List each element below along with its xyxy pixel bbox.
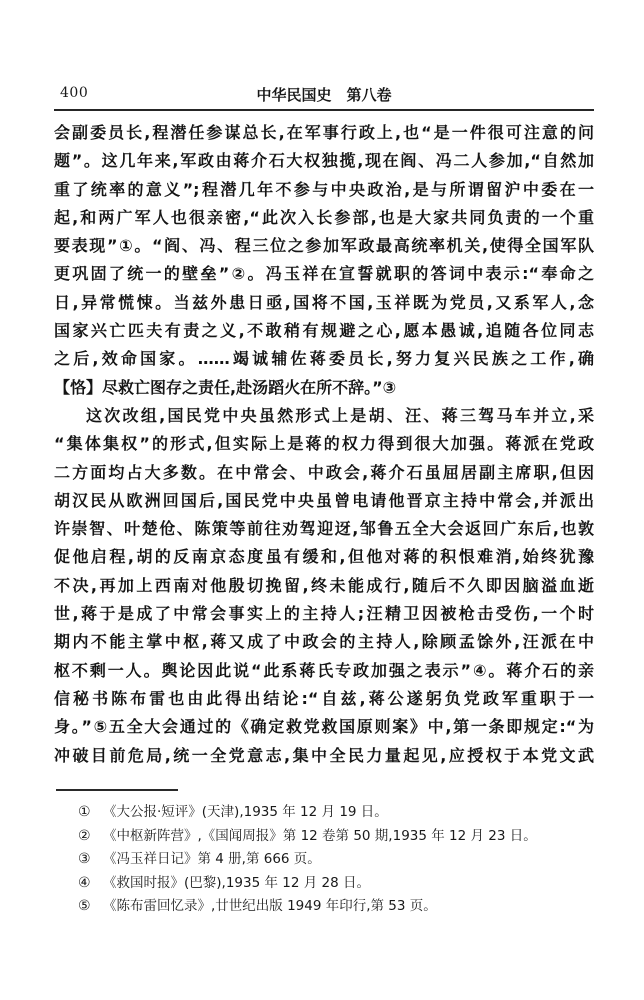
body-line: 许崇智、叶楚伧、陈策等前往劝驾迎迓,邹鲁五全大会返回广东后,也敦 bbox=[54, 515, 594, 543]
header-rule bbox=[54, 109, 594, 111]
footnote-item: ① 《大公报·短评》(天津),1935 年 12 月 19 日。 bbox=[56, 801, 594, 825]
footnote-text: 《陈布雷回忆录》,廿世纪出版 1949 年印行,第 53 页。 bbox=[103, 895, 594, 919]
body-line: 起,和两广军人也很亲密,“此次入长参部,也是大家共同负责的一个重 bbox=[54, 204, 594, 232]
footnote-text: 《中枢新阵营》,《国闻周报》第 12 卷第 50 期,1935 年 12 月 2… bbox=[103, 825, 594, 849]
footnote-text: 《大公报·短评》(天津),1935 年 12 月 19 日。 bbox=[103, 801, 594, 825]
running-head: 400 中华民国史 第八卷 bbox=[54, 84, 594, 104]
body-line: 身。”⑤五全大会通过的《确定救党救国原则案》中,第一条即规定:“为 bbox=[54, 713, 594, 741]
body-line: 之后,效命国家。……竭诚辅佐蒋委员长,努力复兴民族之工作,确 bbox=[54, 345, 594, 373]
body-line: 会副委员长,程潜任参谋总长,在军事行政上,也“是一件很可注意的问 bbox=[54, 119, 594, 147]
body-line: 二方面均占大多数。在中常会、中政会,蒋介石虽屈居副主席职,但因 bbox=[54, 459, 594, 487]
body-line: 冲破目前危局,统一全党意志,集中全民力量起见,应授权于本党文武 bbox=[54, 742, 594, 770]
body-line: 题”。这几年来,军政由蒋介石大权独揽,现在阎、冯二人参加,“自然加 bbox=[54, 147, 594, 175]
body-line: 不决,再加上西南对他殷切挽留,终未能成行,随后不久即因脑溢血逝 bbox=[54, 572, 594, 600]
footnote-item: ④ 《救国时报》(巴黎),1935 年 12 月 28 日。 bbox=[56, 872, 594, 896]
body-line: 促他启程,胡的反南京态度虽有缓和,但他对蒋的积恨难消,始终犹豫 bbox=[54, 543, 594, 571]
footnote-marker: ④ bbox=[78, 872, 103, 896]
footnote-item: ③ 《冯玉祥日记》第 4 册,第 666 页。 bbox=[56, 848, 594, 872]
body-line: 期内不能主掌中枢,蒋又成了中政会的主持人,除顾孟馀外,汪派在中 bbox=[54, 628, 594, 656]
body-line: 日,异常慌悚。当兹外患日亟,国将不国,玉祥既为党员,又系军人,念 bbox=[54, 289, 594, 317]
body-text: 会副委员长,程潜任参谋总长,在军事行政上,也“是一件很可注意的问 题”。这几年来… bbox=[54, 119, 594, 770]
body-line: 国家兴亡匹夫有责之义,不敢稍有规避之心,愿本愚诚,追随各位同志 bbox=[54, 317, 594, 345]
footnote-separator bbox=[56, 789, 178, 791]
footnote-marker: ③ bbox=[78, 848, 103, 872]
footnote-item: ⑤ 《陈布雷回忆录》,廿世纪出版 1949 年印行,第 53 页。 bbox=[56, 895, 594, 919]
footnote-marker: ② bbox=[78, 825, 103, 849]
body-line: 【恪】尽救亡图存之责任,赴汤蹈火在所不辞。”③ bbox=[54, 374, 594, 402]
body-line: 信秘书陈布雷也由此得出结论:“自兹,蒋公遂躬负党政军重职于一 bbox=[54, 685, 594, 713]
body-line-paragraph-start: 这次改组,国民党中央虽然形式上是胡、汪、蒋三驾马车并立,采 bbox=[54, 402, 594, 430]
body-line: 要表现”①。“阎、冯、程三位之参加军政最高统率机关,使得全国军队 bbox=[54, 232, 594, 260]
body-line: “集体集权”的形式,但实际上是蒋的权力得到很大加强。蒋派在党政 bbox=[54, 430, 594, 458]
body-line: 枢不剩一人。舆论因此说“此系蒋氏专政加强之表示”④。蒋介石的亲 bbox=[54, 657, 594, 685]
body-line: 世,蒋于是成了中常会事实上的主持人;汪精卫因被枪击受伤,一个时 bbox=[54, 600, 594, 628]
body-line: 重了统率的意义”;程潜几年不参与中央政治,是与所谓留沪中委在一 bbox=[54, 176, 594, 204]
footnote-marker: ① bbox=[78, 801, 103, 825]
footnote-text: 《冯玉祥日记》第 4 册,第 666 页。 bbox=[103, 848, 594, 872]
book-page: 400 中华民国史 第八卷 会副委员长,程潜任参谋总长,在军事行政上,也“是一件… bbox=[0, 0, 644, 1000]
footnote-text: 《救国时报》(巴黎),1935 年 12 月 28 日。 bbox=[103, 872, 594, 896]
footnote-item: ② 《中枢新阵营》,《国闻周报》第 12 卷第 50 期,1935 年 12 月… bbox=[56, 825, 594, 849]
footnotes: ① 《大公报·短评》(天津),1935 年 12 月 19 日。 ② 《中枢新阵… bbox=[56, 801, 594, 919]
footnote-marker: ⑤ bbox=[78, 895, 103, 919]
body-line: 胡汉民从欧洲回国后,国民党中央虽曾电请他晋京主持中常会,并派出 bbox=[54, 487, 594, 515]
book-title: 中华民国史 第八卷 bbox=[54, 84, 594, 105]
body-line: 更巩固了统一的壁垒”②。冯玉祥在宣誓就职的答词中表示:“奉命之 bbox=[54, 260, 594, 288]
